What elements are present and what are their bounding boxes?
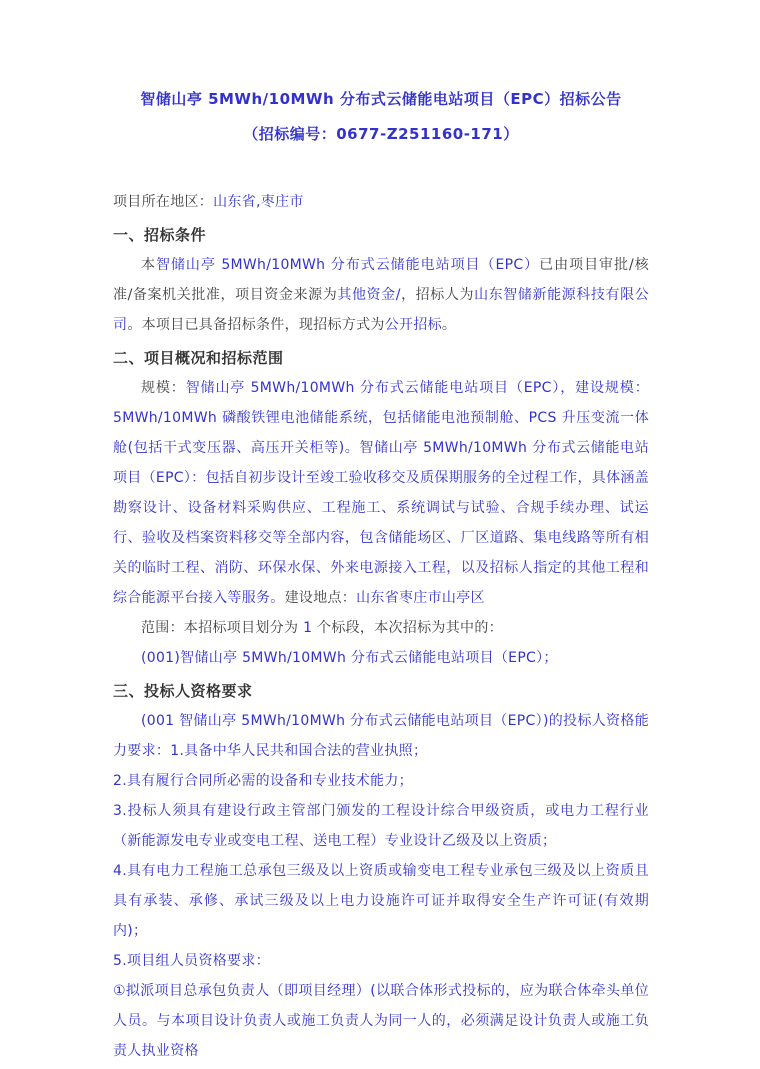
- text-run: 。: [442, 317, 456, 333]
- qualification-intro-paragraph: (001 智储山亭 5MWh/10MWh 分布式云储能电站项目（EPC）)的投标…: [113, 706, 649, 766]
- text-run: 山东省枣庄市山亭区: [356, 590, 485, 606]
- text-run: (001)智储山亭 5MWh/10MWh 分布式云储能电站项目（EPC）；: [141, 650, 558, 666]
- text-run: 范围：本招标项目划分为: [141, 620, 303, 636]
- tender-number-line: （招标编号：0677-Z251160-171）: [113, 123, 649, 145]
- qualification-item-3: 3.投标人须具有建设行政主管部门颁发的工程设计综合甲级资质，或电力工程行业（新能…: [113, 796, 649, 856]
- project-scale-paragraph: 规模：智储山亭 5MWh/10MWh 分布式云储能电站项目（EPC），建设规模：…: [113, 373, 649, 613]
- project-range-paragraph: 范围：本招标项目划分为 1 个标段，本次招标为其中的：: [113, 613, 649, 643]
- text-run: 2.具有履行合同所必需的设备和专业技术能力；: [113, 773, 413, 789]
- text-run: 。本项目已具备招标条件，现招标方式为: [127, 317, 384, 333]
- qualification-item-2: 2.具有履行合同所必需的设备和专业技术能力；: [113, 766, 649, 796]
- qualification-item-4: 4.具有电力工程施工总承包三级及以上资质或输变电工程专业承包三级及以上资质且具有…: [113, 856, 649, 946]
- text-run: 其他资金/: [337, 287, 400, 303]
- text-run: 智储山亭 5MWh/10MWh 分布式云储能电站项目（EPC）: [156, 257, 539, 273]
- project-region-line: 项目所在地区：山东省,枣庄市: [113, 187, 649, 217]
- text-run: 1: [303, 620, 312, 636]
- text-run: (001 智储山亭 5MWh/10MWh 分布式云储能电站项目（EPC）)的投标…: [113, 713, 649, 759]
- text-run: 建设地点：: [285, 590, 357, 606]
- text-run: 公开招标: [385, 317, 442, 333]
- section-3-heading: 三、投标人资格要求: [113, 676, 649, 706]
- bid-section-001-line: (001)智储山亭 5MWh/10MWh 分布式云储能电站项目（EPC）；: [113, 643, 649, 673]
- text-run: 3.投标人须具有建设行政主管部门颁发的工程设计综合甲级资质，或电力工程行业（新能…: [113, 803, 649, 849]
- text-run: 智储山亭 5MWh/10MWh 分布式云储能电站项目（EPC），建设规模：5MW…: [113, 380, 649, 606]
- text-run: ①拟派项目总承包负责人（即项目经理）(以联合体形式投标的，应为联合体牵头单位人员…: [113, 983, 649, 1059]
- text-run: 4.具有电力工程施工总承包三级及以上资质或输变电工程专业承包三级及以上资质且具有…: [113, 863, 649, 939]
- section-1-heading: 一、招标条件: [113, 220, 649, 250]
- text-run: 5.项目组人员资格要求：: [113, 953, 270, 969]
- text-run: 山东省,枣庄市: [213, 194, 304, 210]
- text-run: ，招标人为: [401, 287, 474, 303]
- qualification-item-5: 5.项目组人员资格要求：: [113, 946, 649, 976]
- tender-announcement-page: 智储山亭 5MWh/10MWh 分布式云储能电站项目（EPC）招标公告 （招标编…: [0, 0, 760, 1069]
- text-run: 本: [141, 257, 156, 273]
- text-run: 规模：: [141, 380, 186, 396]
- section-2-heading: 二、项目概况和招标范围: [113, 343, 649, 373]
- text-run: 个标段，本次招标为其中的：: [312, 620, 503, 636]
- qualification-item-5-1: ①拟派项目总承包负责人（即项目经理）(以联合体形式投标的，应为联合体牵头单位人员…: [113, 976, 649, 1066]
- document-body: 项目所在地区：山东省,枣庄市一、招标条件本智储山亭 5MWh/10MWh 分布式…: [113, 187, 649, 1066]
- title-body-spacer: [113, 145, 649, 187]
- section-1-paragraph: 本智储山亭 5MWh/10MWh 分布式云储能电站项目（EPC）已由项目审批/核…: [113, 250, 649, 340]
- text-run: 项目所在地区：: [113, 194, 213, 210]
- document-title: 智储山亭 5MWh/10MWh 分布式云储能电站项目（EPC）招标公告: [113, 88, 649, 110]
